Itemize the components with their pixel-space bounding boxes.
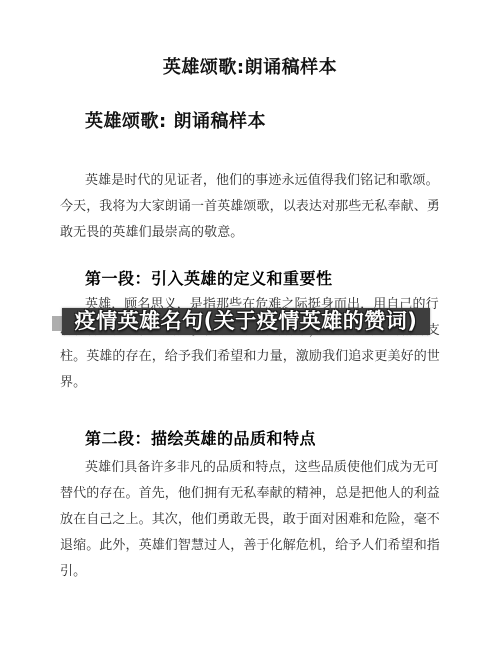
paragraph-line: 放在自己之上。其次，他们勇敢无畏，敢于面对困难和危险，毫不: [60, 507, 442, 533]
paragraph-intro: 英雄是时代的见证者，他们的事迹永远值得我们铭记和歌颂。今天，我将为大家朗诵一首英…: [60, 168, 442, 246]
overlay-title-banner: 疫情英雄名句(关于疫情英雄的赞词): [62, 308, 430, 335]
section-2-heading: 第二段：描绘英雄的品质和特点: [85, 428, 316, 449]
paragraph-section-2: 英雄们具备许多非凡的品质和特点，这些品质使他们成为无可替代的存在。首先，他们拥有…: [60, 455, 442, 585]
document-subtitle: 英雄颂歌: 朗诵稿样本: [85, 111, 266, 133]
paragraph-line: 退缩。此外，英雄们智慧过人，善于化解危机，给予人们希望和指: [60, 533, 442, 559]
paragraph-line: 敢无畏的英雄们最崇高的敬意。: [60, 220, 442, 246]
paragraph-line: 今天，我将为大家朗诵一首英雄颂歌，以表达对那些无私奉献、勇: [60, 194, 442, 220]
section-1-heading: 第一段：引入英雄的定义和重要性: [85, 268, 333, 289]
paragraph-line: 界。: [60, 370, 442, 396]
paragraph-line: 替代的存在。首先，他们拥有无私奉献的精神，总是把他人的利益: [60, 481, 442, 507]
overlay-banner-label: 疫情英雄名句(关于疫情英雄的赞词): [75, 308, 418, 335]
paragraph-line: 柱。英雄的存在，给予我们希望和力量，激励我们追求更美好的世: [60, 344, 442, 370]
paragraph-line: 英雄是时代的见证者，他们的事迹永远值得我们铭记和歌颂。: [60, 168, 442, 194]
paragraph-line: 英雄们具备许多非凡的品质和特点，这些品质使他们成为无可: [60, 455, 442, 481]
paragraph-line: 引。: [60, 559, 442, 585]
page-title: 英雄颂歌:朗诵稿样本: [0, 58, 500, 78]
document-page: 英雄颂歌:朗诵稿样本 英雄颂歌: 朗诵稿样本 英雄是时代的见证者，他们的事迹永远…: [0, 0, 500, 647]
